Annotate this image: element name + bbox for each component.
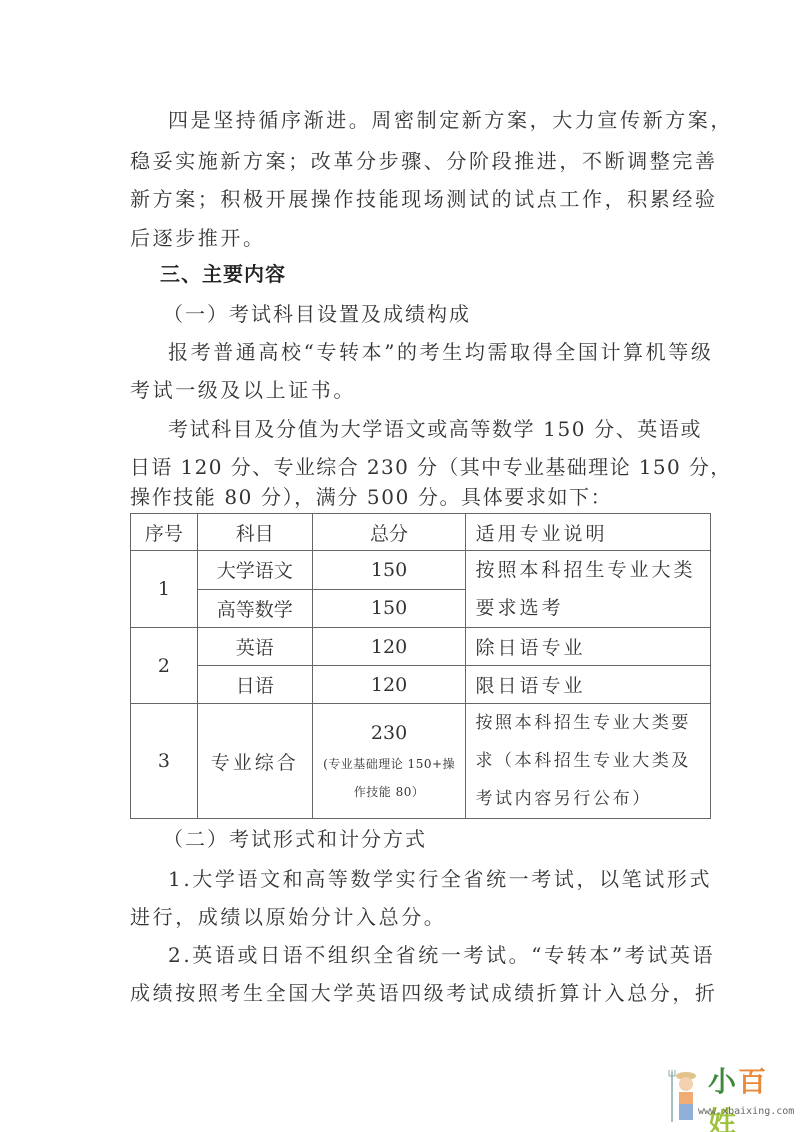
row-total-note: (专业基础理论 150+操作技能 80） (321, 750, 458, 806)
subsection-2-heading: （二）考试形式和计分方式 (163, 827, 713, 851)
row-subject: 日语 (197, 666, 312, 704)
row-subject: 大学语文 (197, 551, 312, 590)
paragraph-3-line-1: 考试科目及分值为大学语文或高等数学 150 分、英语或 (168, 417, 718, 441)
row-description: 限日语专业 (466, 666, 711, 704)
row-subject: 高等数学 (197, 589, 312, 628)
paragraph-3-line-3: 操作技能 80 分），满分 500 分。具体要求如下： (130, 485, 680, 509)
paragraph-2-line-1: 报考普通高校“专转本”的考生均需取得全国计算机等级 (168, 340, 718, 364)
table-header-row: 序号 科目 总分 适用专业说明 (131, 514, 711, 551)
paragraph-1-line-2: 稳妥实施新方案；改革分步骤、分阶段推进，不断调整完善 (130, 149, 680, 173)
watermark-url: www.xbaixing.com (698, 1106, 794, 1117)
row-description: 按照本科招生专业大类要求选考 (466, 551, 711, 628)
row-no: 3 (131, 704, 198, 819)
table-row: 3 专业综合 230 (专业基础理论 150+操作技能 80） 按照本科招生专业… (131, 704, 711, 819)
row-no: 1 (131, 551, 198, 628)
section-heading: 三、主要内容 (160, 262, 710, 286)
header-description: 适用专业说明 (466, 514, 711, 551)
row-subject: 英语 (197, 628, 312, 666)
header-no: 序号 (131, 514, 198, 551)
paragraph-1-line-1: 四是坚持循序渐进。周密制定新方案，大力宣传新方案， (168, 108, 718, 132)
paragraph-3-line-2: 日语 120 分、专业综合 230 分（其中专业基础理论 150 分， (130, 455, 680, 479)
table-row: 2 英语 120 除日语专业 (131, 628, 711, 666)
paragraph-5-line-1: 2.英语或日语不组织全省统一考试。“专转本”考试英语 (168, 943, 718, 967)
table-row: 1 大学语文 150 按照本科招生专业大类要求选考 (131, 551, 711, 590)
paragraph-1-line-4: 后逐步推开。 (130, 226, 680, 250)
table-row: 日语 120 限日语专业 (131, 666, 711, 704)
paragraph-1-line-3: 新方案；积极开展操作技能现场测试的试点工作，积累经验 (130, 187, 680, 211)
watermark-brand: 小百姓 (708, 1060, 798, 1132)
row-total: 150 (312, 551, 466, 590)
row-no: 2 (131, 628, 198, 704)
row-total: 120 (312, 666, 466, 704)
row-total: 230 (321, 716, 458, 750)
row-description: 按照本科招生专业大类要求（本科招生专业大类及考试内容另行公布） (466, 704, 711, 819)
paragraph-4-line-2: 进行，成绩以原始分计入总分。 (130, 905, 680, 929)
row-total-cell: 230 (专业基础理论 150+操作技能 80） (312, 704, 466, 819)
paragraph-2-line-2: 考试一级及以上证书。 (130, 378, 680, 402)
score-table: 序号 科目 总分 适用专业说明 1 大学语文 150 按照本科招生专业大类要求选… (130, 513, 711, 819)
row-description: 除日语专业 (466, 628, 711, 666)
subsection-1-heading: （一）考试科目设置及成绩构成 (163, 302, 713, 326)
watermark-logo: 小百姓 www.xbaixing.com (668, 1060, 798, 1130)
header-total: 总分 (312, 514, 466, 551)
row-total: 150 (312, 589, 466, 628)
header-subject: 科目 (197, 514, 312, 551)
row-total: 120 (312, 628, 466, 666)
farmer-mascot-icon (668, 1066, 698, 1124)
paragraph-5-line-2: 成绩按照考生全国大学英语四级考试成绩折算计入总分，折 (130, 981, 680, 1005)
paragraph-4-line-1: 1.大学语文和高等数学实行全省统一考试，以笔试形式 (168, 867, 718, 891)
row-subject: 专业综合 (197, 704, 312, 819)
